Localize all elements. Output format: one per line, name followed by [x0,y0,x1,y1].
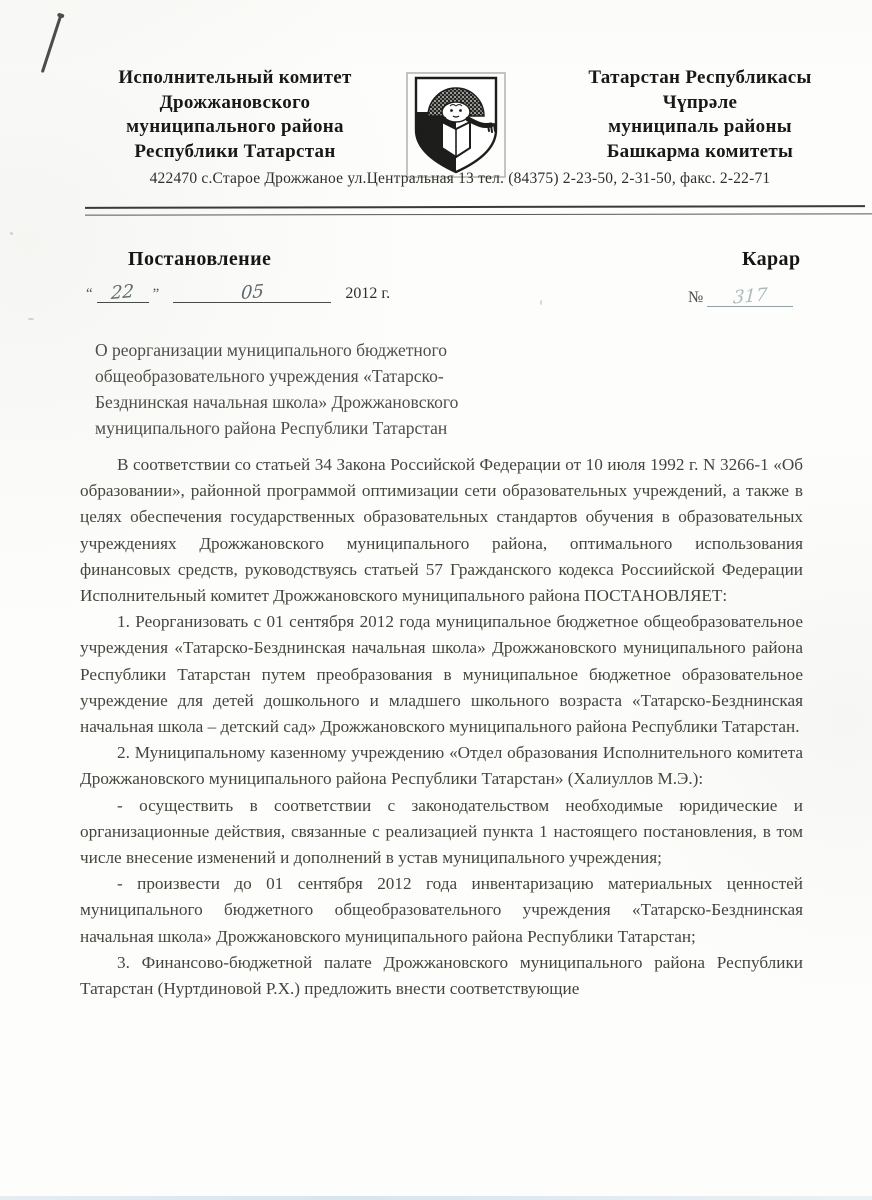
doc-subject: О реорганизации муниципального бюджетног… [95,337,575,441]
body-paragraph: В соответствии со статьей 34 Закона Росс… [80,452,803,609]
scanner-edge-artifact [0,1196,872,1200]
handwritten-number: 317 [733,284,768,308]
org-name-ru-line: муниципального района [70,115,400,140]
org-name-tt-line: Башкарма комитеты [540,140,860,165]
subject-line: общеобразовательного учреждения «Татарск… [95,363,575,389]
header-divider-line-2 [85,213,872,216]
subject-line: О реорганизации муниципального бюджетног… [95,337,575,363]
open-quote: “ [86,286,93,302]
org-name-tt-line: Чүпрәле [540,91,860,116]
body-paragraph: 3. Финансово-бюджетной палате Дрожжановс… [80,950,803,1002]
handwritten-month: 05 [240,281,264,304]
org-name-tt-line: Татарстан Республикасы [540,66,860,91]
scan-speck [10,232,13,235]
scan-speck [28,318,34,320]
org-name-ru-line: Исполнительный комитет [70,66,400,91]
body-paragraph: - произвести до 01 сентября 2012 года ин… [80,871,803,950]
org-name-ru-line: Республики Татарстан [70,140,400,165]
doc-type-russian: Постановление [128,248,271,271]
date-month-underline: 05 [173,282,331,303]
scan-speck [540,300,542,305]
subject-line: Безднинская начальная школа» Дрожжановск… [95,389,575,415]
body-paragraph: - осуществить в соответствии с законодат… [80,793,803,872]
org-name-tt-line: муниципаль районы [540,115,860,140]
body-paragraph: 1. Реорганизовать с 01 сентября 2012 год… [80,609,803,740]
body-paragraph: 2. Муниципальному казенному учреждению «… [80,740,803,792]
subject-line: муниципального района Республики Татарст… [95,415,575,441]
date-day-underline: 22 [97,282,149,303]
pen-stroke-mark [41,15,62,73]
org-name-ru-line: Дрожжановского [70,91,400,116]
date-year: 2012 г. [345,285,390,302]
doc-type-tatar: Карар [742,248,800,271]
doc-date: “ 22 ” 05 2012 г. [86,282,390,303]
header-divider-line [85,205,865,209]
number-label: № [688,289,703,306]
close-quote: ” [153,286,160,302]
doc-number: № 317 [688,286,793,307]
org-address: 422470 с.Старое Дрожжаное ул.Центральная… [110,170,810,188]
number-underline: 317 [707,286,793,307]
coat-of-arms-icon [406,72,506,178]
org-name-russian: Исполнительный комитет Дрожжановского му… [70,66,400,164]
handwritten-day: 22 [111,281,135,304]
doc-body: В соответствии со статьей 34 Закона Росс… [80,452,803,1002]
org-name-tatar: Татарстан Республикасы Чүпрәле муниципал… [540,66,860,164]
